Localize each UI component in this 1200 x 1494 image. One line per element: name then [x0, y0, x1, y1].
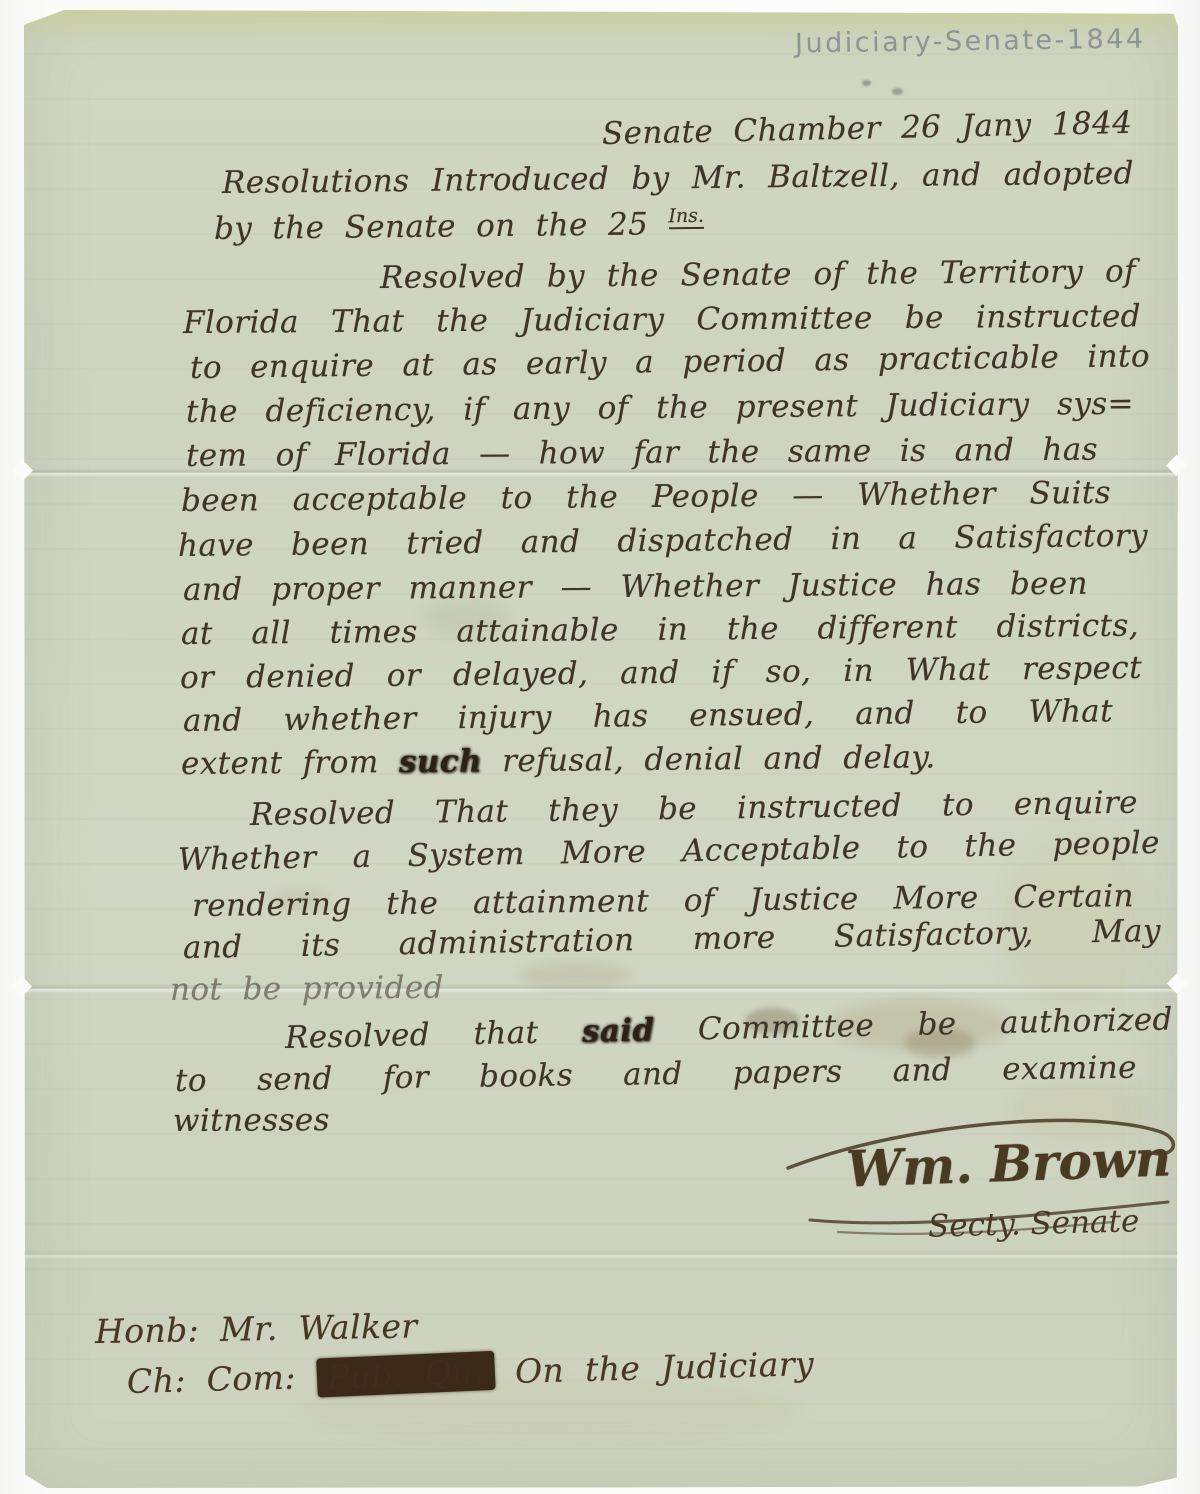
superscript-inst: Ins.: [668, 205, 704, 229]
line-text: Ch: Com:: [126, 1358, 296, 1401]
intro-line-2: by the Senate on the 25 Ins.: [214, 205, 704, 247]
signature-title: Secty. Senate: [928, 1203, 1140, 1245]
pencil-speck: [862, 80, 871, 86]
line-text: On the Judiciary: [515, 1344, 815, 1391]
scanned-document-page: { "scan": { "archival_label": "Judiciary…: [0, 0, 1200, 1494]
fold-crease-bottom: [24, 1250, 1178, 1259]
resolution1-line-1: Resolved by the Senate of the Territory …: [380, 253, 1136, 296]
line-text: extent from: [181, 744, 379, 782]
signature-name: Wm. Brown: [845, 1128, 1172, 1198]
struck-out-text: Pub. Qu.: [316, 1351, 495, 1398]
address-line-1: Honb: Mr. Walker: [95, 1306, 418, 1351]
resolution1-line-8: and proper manner — Whether Justice has …: [183, 566, 1088, 608]
resolution3-line-3: witnesses: [173, 1102, 330, 1139]
line-text: refusal, denial and delay.: [502, 739, 936, 779]
intro-line-2-text: by the Senate on the 25: [214, 206, 649, 247]
ink-blot-word: such: [399, 743, 482, 780]
ink-blot-word: said: [582, 1012, 655, 1050]
archival-label: Judiciary-Senate-1844: [795, 24, 1146, 60]
stain: [520, 962, 630, 988]
pencil-speck: [892, 88, 903, 95]
resolution1-line-2: Florida That the Judiciary Committee be …: [183, 298, 1141, 341]
resolution2-line-5: not be provided: [170, 970, 444, 1008]
line-text: Resolved that: [285, 1015, 539, 1056]
resolution1-line-12: extent from such refusal, denial and del…: [181, 739, 936, 782]
resolution1-line-5: tem of Florida — how far the same is and…: [186, 432, 1098, 474]
